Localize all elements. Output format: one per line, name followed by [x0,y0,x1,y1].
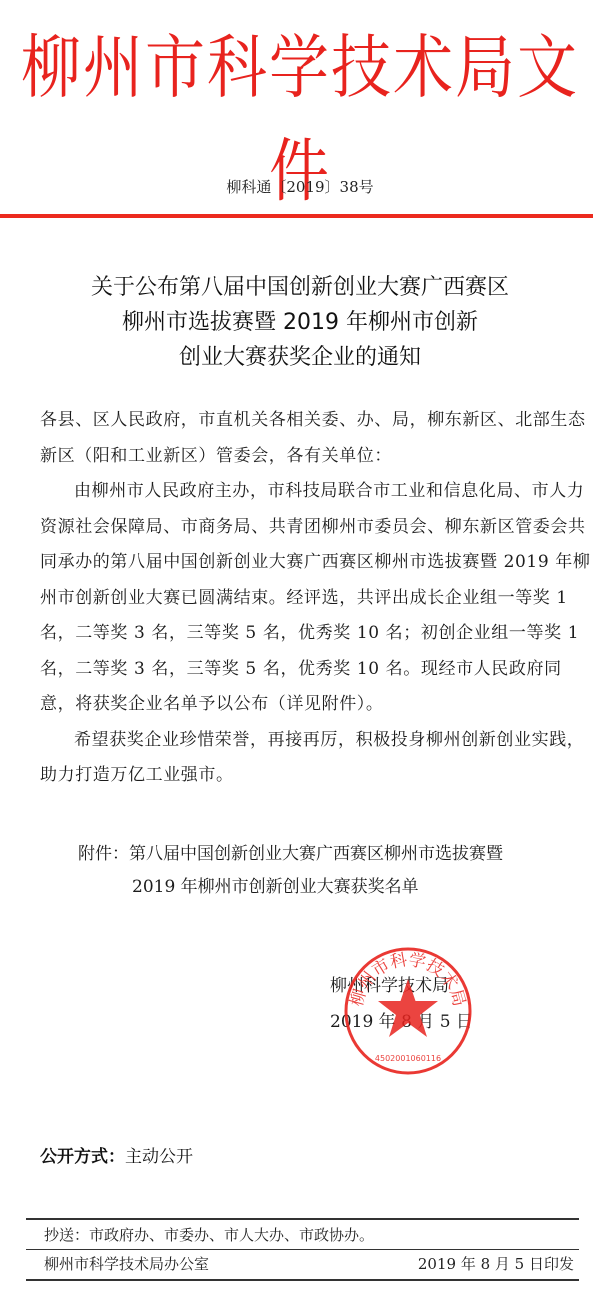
title-line: 柳州市选拔赛暨 2019 年柳州市创新 [0,305,600,340]
attachment-note: 附件：第八届中国创新创业大赛广西赛区柳州市选拔赛暨 2019 年柳州市创新创业大… [78,838,598,904]
official-seal-icon: 柳州市科学技术局 4502001060116 [342,945,474,1077]
disclosure-label: 公开方式： [40,1147,125,1167]
print-date: 2019 年 8 月 5 日印发 [418,1253,574,1274]
notice-body: 各县、区人民政府，市直机关各相关委、办、局，柳东新区、北部生态新区（阳和工业新区… [40,403,595,794]
issuing-office: 柳州市科学技术局办公室 [44,1253,209,1274]
title-line: 关于公布第八届中国创新创业大赛广西赛区 [0,270,600,305]
body-paragraph: 希望获奖企业珍惜荣誉，再接再厉，积极投身柳州创新创业实践，助力打造万亿工业强市。 [40,723,595,794]
title-line: 创业大赛获奖企业的通知 [0,340,600,375]
attachment-line: 2019 年柳州市创新创业大赛获奖名单 [78,871,598,904]
footer-rule-top [26,1218,579,1220]
cc-list: 抄送：市政府办、市委办、市人大办、市政协办。 [44,1224,374,1245]
footer-rule-mid [26,1249,579,1250]
disclosure-value: 主动公开 [125,1147,193,1167]
document-number: 柳科通〔2019〕38号 [0,176,600,197]
addressee: 各县、区人民政府，市直机关各相关委、办、局，柳东新区、北部生态新区（阳和工业新区… [40,403,595,474]
disclosure-method: 公开方式：主动公开 [40,1142,193,1167]
svg-text:4502001060116: 4502001060116 [375,1054,441,1063]
red-divider [0,214,593,218]
footer-rule-bottom [26,1279,579,1281]
body-paragraph: 由柳州市人民政府主办，市科技局联合市工业和信息化局、市人力资源社会保障局、市商务… [40,474,595,723]
attachment-line: 附件：第八届中国创新创业大赛广西赛区柳州市选拔赛暨 [78,838,598,871]
print-info: 柳州市科学技术局办公室 2019 年 8 月 5 日印发 [44,1253,574,1274]
notice-title: 关于公布第八届中国创新创业大赛广西赛区 柳州市选拔赛暨 2019 年柳州市创新 … [0,270,600,375]
